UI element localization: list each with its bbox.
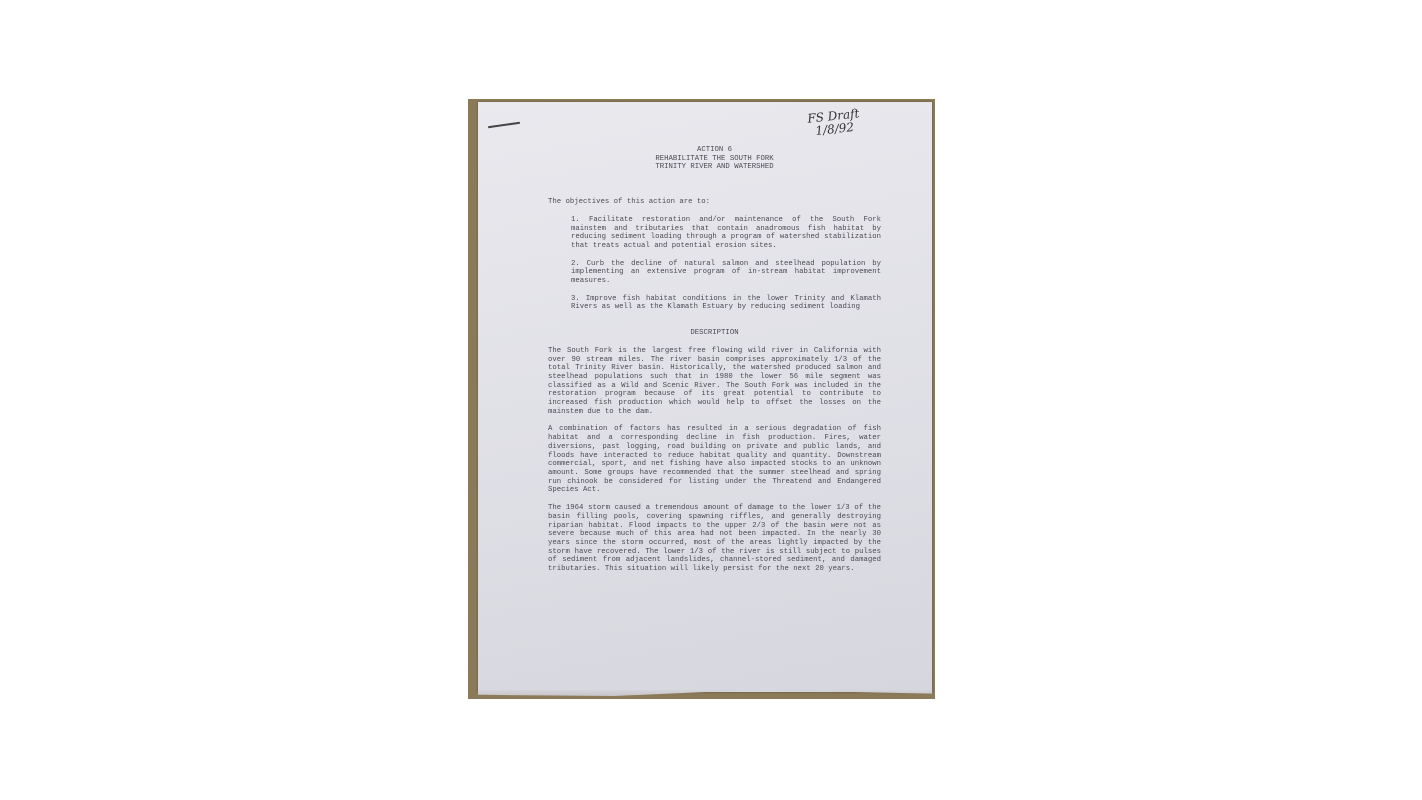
description-paragraph: A combination of factors has resulted in… [548, 425, 881, 495]
title-line-2: TRINITY RIVER AND WATERSHED [548, 163, 881, 172]
document-title: ACTION 6 REHABILITATE THE SOUTH FORK TRI… [548, 146, 881, 172]
title-line-1: REHABILITATE THE SOUTH FORK [548, 155, 881, 164]
handwritten-annotation: FS Draft 1/8/92 [807, 107, 862, 138]
action-number: ACTION 6 [548, 146, 881, 155]
document-body: ACTION 6 REHABILITATE THE SOUTH FORK TRI… [548, 146, 881, 583]
description-heading: DESCRIPTION [548, 329, 881, 338]
objective-item: 3. Improve fish habitat conditions in th… [571, 295, 881, 312]
description-paragraph: The 1964 storm caused a tremendous amoun… [548, 504, 881, 574]
objective-item: 2. Curb the decline of natural salmon an… [571, 260, 881, 286]
description-paragraph: The South Fork is the largest free flowi… [548, 347, 881, 417]
objectives-intro: The objectives of this action are to: [548, 198, 881, 207]
objective-item: 1. Facilitate restoration and/or mainten… [571, 216, 881, 251]
